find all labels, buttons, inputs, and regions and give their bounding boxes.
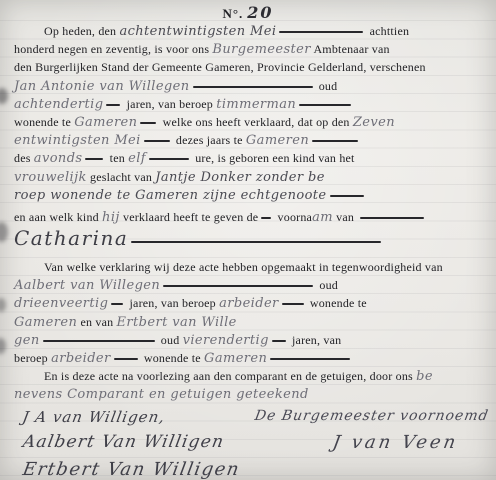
handwritten-text: vrouwelijk [14, 170, 87, 185]
printed-text: den Burgerlijken Stand der Gemeente Game… [14, 60, 426, 74]
rule-line [163, 285, 313, 287]
act-number-label: N°. [222, 6, 243, 21]
rule-line [85, 158, 103, 160]
printed-text: oud [316, 79, 338, 93]
burgemeester-signature: J van Veen [331, 432, 490, 453]
handwritten-text: Catharina [14, 226, 128, 250]
handwritten-text: Gameren [204, 351, 267, 366]
printed-text: en van [77, 315, 116, 329]
printed-text: ure, is geboren een kind van het [192, 151, 355, 165]
printed-text: Op heden, den [44, 24, 119, 38]
printed-text: ten [106, 151, 128, 165]
document-line: vrouwelijk geslacht van Jantje Donker zo… [14, 168, 484, 186]
rule-line [111, 303, 123, 305]
handwritten-text: Gameren [246, 133, 309, 148]
rule-line [272, 340, 286, 342]
document-line: Gameren en van Ertbert van Wille [14, 313, 484, 331]
printed-text: jaren, van [289, 333, 342, 347]
handwritten-text: nevens Comparant en getuigen geteekend [14, 387, 309, 402]
handwritten-text: achtendertig [14, 97, 103, 112]
document-line: achtendertig jaren, van beroep timmerman [14, 95, 484, 113]
handwritten-text: achtentwintigsten Mei [119, 24, 276, 39]
printed-text: voorna [274, 210, 312, 224]
document-line: drieenveertig jaren, van beroep arbeider… [14, 294, 484, 312]
rule-line [282, 303, 304, 305]
printed-text: En is deze acte na voorlezing aan den co… [44, 369, 416, 383]
printed-text: van [333, 210, 357, 224]
handwritten-text: timmerman [216, 97, 296, 112]
printed-text: Ambtenaar van [311, 42, 390, 56]
handwritten-text: gen [14, 333, 40, 348]
handwritten-text: Gameren [14, 315, 77, 330]
handwritten-text: hij [102, 210, 120, 225]
rule-line [106, 104, 120, 106]
handwritten-text: am [312, 210, 333, 225]
handwritten-text: entwintigsten Mei [14, 133, 141, 148]
signature-witness-1: Aalbert Van Willigen [20, 432, 226, 459]
printed-text: jaren, van beroep [126, 296, 219, 310]
handwritten-text: Ertbert van Wille [117, 315, 237, 330]
handwritten-text: arbeider [219, 296, 279, 311]
rule-line [270, 358, 350, 360]
printed-text: wonende te [14, 115, 74, 129]
rule-line [193, 86, 313, 88]
handwritten-text: arbeider [51, 351, 111, 366]
printed-text: Van welke verklaring wij deze acte hebbe… [44, 260, 443, 274]
rule-line [131, 241, 381, 243]
document-line: Jan Antonie van Willegen oud [14, 77, 484, 95]
rule-line [114, 358, 138, 360]
rule-line [43, 340, 155, 342]
handwritten-text: drieenveertig [14, 296, 108, 311]
scanned-document-page: N°.20 Op heden, den achtentwintigsten Me… [0, 0, 496, 480]
printed-text: des [14, 151, 34, 165]
printed-text: achttien [366, 24, 409, 38]
document-body: Op heden, den achtentwintigsten Mei acht… [0, 22, 496, 404]
handwritten-text: avonds [34, 151, 83, 166]
document-line: Aalbert van Willegen oud [14, 276, 484, 294]
document-line: roep wonende te Gameren zijne echtgenoot… [14, 186, 484, 204]
document-line: den Burgerlijken Stand der Gemeente Game… [14, 58, 484, 76]
printed-text: oud [158, 333, 183, 347]
rule-line [312, 140, 358, 142]
document-line: des avonds ten elf ure, is geboren een k… [14, 149, 484, 167]
printed-text: wonende te [307, 296, 367, 310]
rule-line [140, 122, 156, 124]
printed-text: jaren, van beroep [123, 97, 216, 111]
document-line: entwintigsten Mei dezes jaars te Gameren [14, 131, 484, 149]
rule-line [330, 195, 364, 197]
act-number-value: 20 [243, 3, 273, 22]
signature-block: J A van Willigen, De Burgemeester voorno… [0, 404, 496, 480]
document-line: gen oud vierendertig jaren, van [14, 331, 484, 349]
document-line: honderd negen en zeventig, is voor ons B… [14, 40, 484, 58]
document-line: Op heden, den achtentwintigsten Mei acht… [14, 22, 484, 40]
handwritten-text: Jantje Donker zonder be [155, 170, 325, 185]
printed-text: wonende te [141, 351, 204, 365]
handwritten-text: Jan Antonie van Willegen [14, 79, 190, 94]
document-line: nevens Comparant en getuigen geteekend [14, 385, 484, 403]
printed-text: oud [316, 278, 338, 292]
rule-line [279, 31, 363, 33]
handwritten-text: Aalbert van Willegen [14, 278, 160, 293]
document-line: Van welke verklaring wij deze acte hebbe… [14, 258, 484, 276]
handwritten-text: roep wonende te Gameren zijne echtgenoot… [14, 188, 327, 203]
printed-text: dezes jaars te [173, 133, 246, 147]
printed-text: welke ons heeft verklaard, dat op den [159, 115, 352, 129]
signature-witness-2: Ertbert Van Willigen [20, 459, 242, 480]
printed-text: beroep [14, 351, 51, 365]
signature-declarant: J A van Willigen, [20, 408, 167, 432]
rule-line [261, 217, 271, 219]
document-line: En is deze acte na voorlezing aan den co… [14, 367, 484, 385]
rule-line [149, 158, 189, 160]
rule-line [299, 104, 351, 106]
printed-text: honderd negen en zeventig, is voor ons [14, 42, 212, 56]
document-line: wonende te Gameren welke ons heeft verkl… [14, 113, 484, 131]
printed-text: en aan welk kind [14, 210, 102, 224]
burgemeester-title: De Burgemeester voornoemd [252, 408, 490, 432]
printed-text: geslacht van [87, 170, 155, 184]
document-line: en aan welk kind hij verklaard heeft te … [14, 208, 484, 226]
rule-line [144, 140, 170, 142]
handwritten-text: be [416, 369, 433, 384]
printed-text: verklaard heeft te geven de [120, 210, 259, 224]
handwritten-text: elf [128, 151, 146, 166]
handwritten-text: Zeven [353, 115, 395, 130]
rule-line [360, 217, 424, 219]
document-line: beroep arbeider wonende te Gameren [14, 349, 484, 367]
act-number-header: N°.20 [0, 0, 496, 22]
handwritten-text: vierendertig [183, 333, 269, 348]
handwritten-text: Burgemeester [212, 42, 310, 57]
handwritten-text: Gameren [74, 115, 137, 130]
document-line: Catharina [14, 226, 484, 252]
